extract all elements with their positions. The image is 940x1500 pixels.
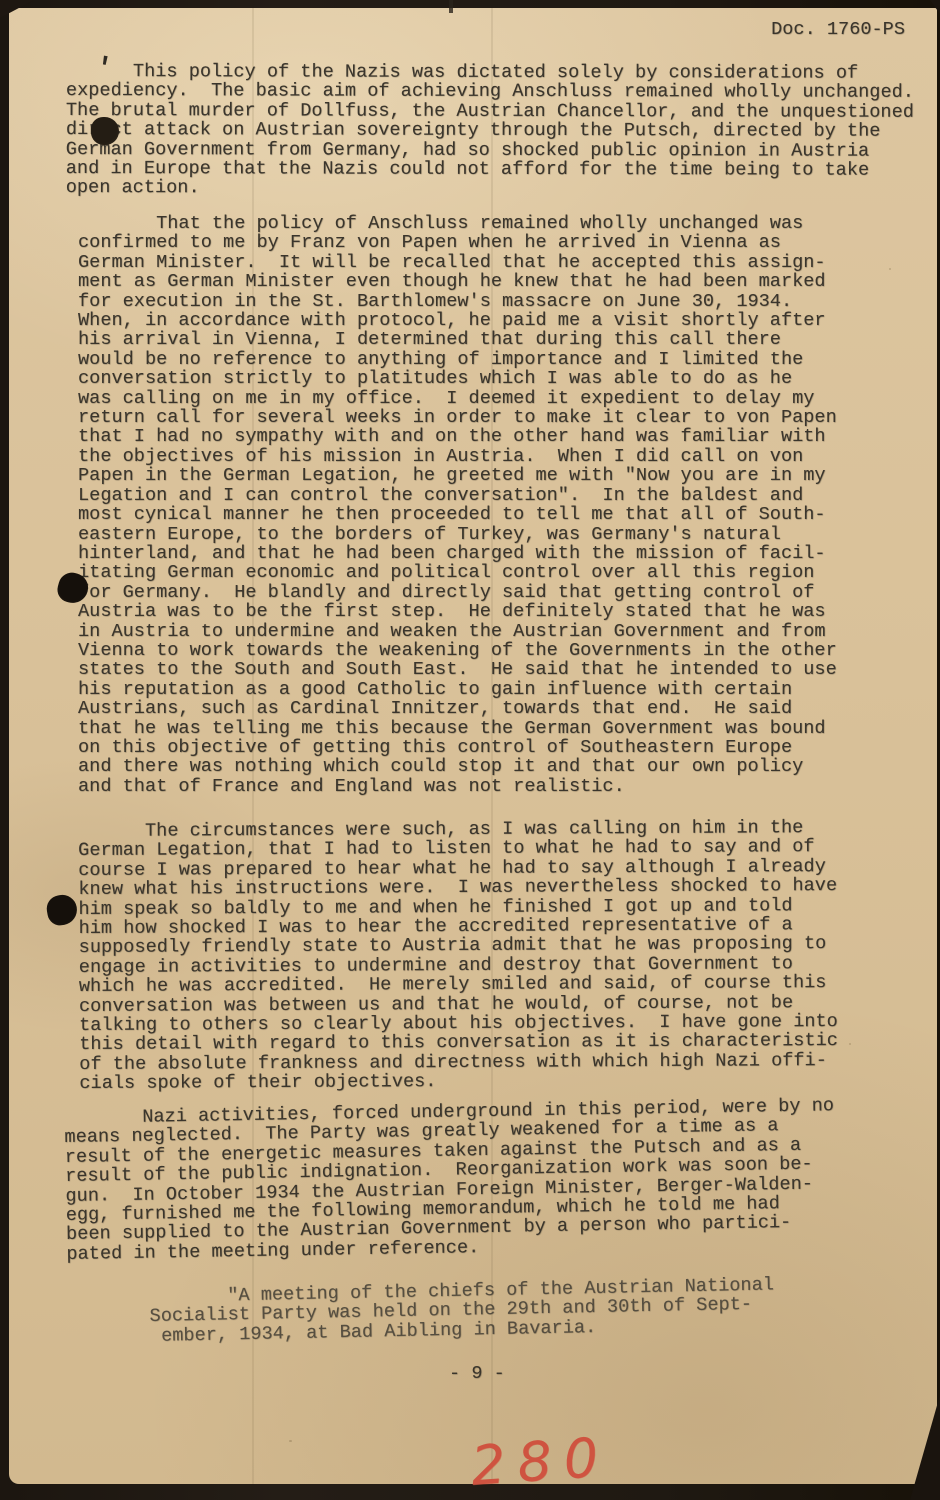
page-number: - 9 - bbox=[449, 1364, 505, 1383]
paper-speckle bbox=[849, 1043, 851, 1045]
paper-sheet: Doc. 1760-PS ' This policy of the Nazis … bbox=[9, 8, 937, 1484]
paragraph-1: This policy of the Nazis was dictated so… bbox=[66, 62, 914, 200]
quoted-memorandum: "A meeting of the chiefs of the Austrian… bbox=[149, 1275, 775, 1346]
doc-number: Doc. 1760-PS bbox=[771, 20, 905, 39]
scanner-corner-shadow-bottomright bbox=[910, 1395, 940, 1500]
handwritten-exhibit-number: 280 bbox=[469, 1425, 612, 1498]
scanned-document-page: Doc. 1760-PS ' This policy of the Nazis … bbox=[0, 0, 940, 1500]
paper-speckle bbox=[289, 1440, 292, 1442]
punch-hole-mark bbox=[45, 893, 80, 928]
ink-blot-mark bbox=[91, 117, 119, 145]
paragraph-4: Nazi activities, forced underground in t… bbox=[64, 1096, 836, 1264]
paper-speckle bbox=[889, 268, 891, 270]
top-edge-tear-mark bbox=[449, 0, 453, 13]
scanner-corner-shadow-topright bbox=[930, 0, 940, 14]
scanner-corner-shadow-topleft bbox=[0, 0, 34, 18]
paper-speckle bbox=[709, 528, 712, 531]
paragraph-2: That the policy of Anschluss remained wh… bbox=[78, 214, 837, 796]
paragraph-3: The circumstances were such, as I was ca… bbox=[78, 818, 838, 1094]
